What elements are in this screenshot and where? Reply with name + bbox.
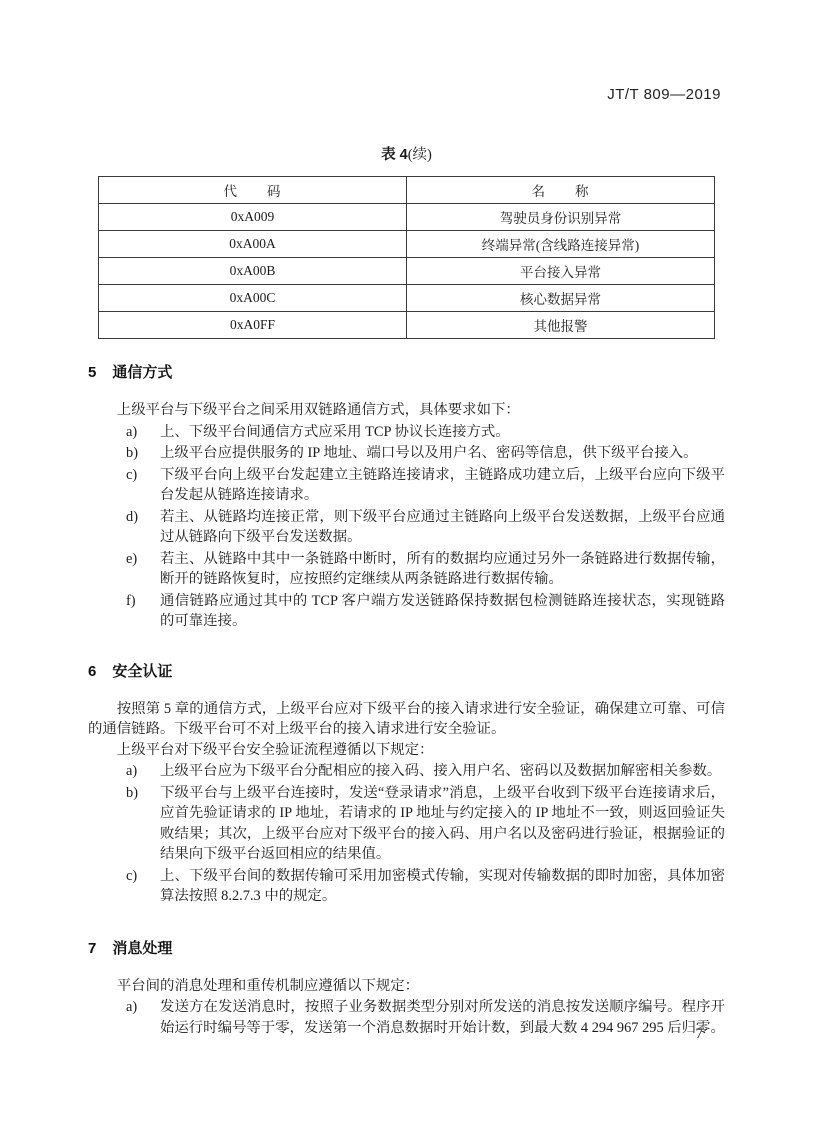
section-title: 安全认证 (112, 663, 172, 680)
table-caption-continued: (续) (408, 147, 432, 163)
name-cell: 其他报警 (407, 312, 715, 339)
item-label: a) (126, 761, 160, 782)
list-item: e) 若主、从链路中其中一条链路中断时，所有的数据均应通过另外一条链路进行数据传… (126, 549, 725, 590)
list-item: b) 下级平台与上级平台连接时，发送“登录请求”消息，上级平台收到下级平台连接请… (126, 783, 725, 865)
item-text: 下级平台与上级平台连接时，发送“登录请求”消息，上级平台收到下级平台连接请求后，… (160, 783, 725, 865)
document-page: JT/T 809—2019 表 4(续) 代 码 名 称 0xA009 驾驶员身… (0, 0, 815, 1144)
item-label: a) (126, 422, 160, 443)
code-cell: 0xA009 (99, 204, 407, 231)
column-header-name: 名 称 (407, 177, 715, 204)
item-label: a) (126, 997, 160, 1018)
item-text: 上、下级平台间通信方式应采用 TCP 协议长连接方式。 (160, 422, 725, 443)
list-item: c) 上、下级平台间的数据传输可采用加密模式传输，实现对传输数据的即时加密，具体… (126, 866, 725, 907)
table-row: 0xA00C 核心数据异常 (99, 285, 715, 312)
table-caption: 表 4(续) (88, 143, 725, 164)
section-6-paragraph-1: 按照第 5 章的通信方式，上级平台应对下级平台的接入请求进行安全验证，确保建立可… (88, 699, 725, 740)
column-header-code: 代 码 (99, 177, 407, 204)
item-text: 若主、从链路中其中一条链路中断时，所有的数据均应通过另外一条链路进行数据传输，断… (160, 549, 725, 590)
list-item: a) 上级平台应为下级平台分配相应的接入码、接入用户名、密码以及数据加解密相关参… (126, 761, 725, 782)
code-cell: 0xA00A (99, 231, 407, 258)
item-text: 下级平台向上级平台发起建立主链路连接请求，主链路成功建立后，上级平台应向下级平台… (160, 465, 725, 506)
item-text: 若主、从链路均连接正常，则下级平台应通过主链路向上级平台发送数据，上级平台应通过… (160, 507, 725, 548)
name-cell: 驾驶员身份识别异常 (407, 204, 715, 231)
list-item: c) 下级平台向上级平台发起建立主链路连接请求，主链路成功建立后，上级平台应向下… (126, 465, 725, 506)
alarm-code-table: 代 码 名 称 0xA009 驾驶员身份识别异常 0xA00A 终端异常(含线路… (98, 176, 715, 339)
item-text: 上、下级平台间的数据传输可采用加密模式传输，实现对传输数据的即时加密，具体加密算… (160, 866, 725, 907)
section-number: 5 (88, 364, 96, 381)
section-title: 通信方式 (112, 364, 172, 381)
name-cell: 终端异常(含线路连接异常) (407, 231, 715, 258)
item-label: b) (126, 783, 160, 804)
name-cell: 平台接入异常 (407, 258, 715, 285)
section-6-paragraph-2: 上级平台对下级平台安全验证流程遵循以下规定： (88, 740, 725, 761)
list-item: a) 发送方在发送消息时，按照子业务数据类型分别对所发送的消息按发送顺序编号。程… (126, 997, 725, 1038)
item-label: c) (126, 866, 160, 887)
code-cell: 0xA00B (99, 258, 407, 285)
name-cell: 核心数据异常 (407, 285, 715, 312)
item-text: 上级平台应为下级平台分配相应的接入码、接入用户名、密码以及数据加解密相关参数。 (160, 761, 725, 782)
page-number: 7 (696, 1026, 704, 1043)
section-5-list: a) 上、下级平台间通信方式应采用 TCP 协议长连接方式。 b) 上级平台应提… (88, 422, 725, 632)
code-cell: 0xA00C (99, 285, 407, 312)
table-row: 0xA0FF 其他报警 (99, 312, 715, 339)
list-item: a) 上、下级平台间通信方式应采用 TCP 协议长连接方式。 (126, 422, 725, 443)
item-label: f) (126, 591, 160, 612)
section-number: 7 (88, 940, 96, 957)
item-text: 通信链路应通过其中的 TCP 客户端方发送链路保持数据包检测链路连接状态，实现链… (160, 591, 725, 632)
item-label: c) (126, 465, 160, 486)
list-item: b) 上级平台应提供服务的 IP 地址、端口号以及用户名、密码等信息，供下级平台… (126, 443, 725, 464)
doc-number: JT/T 809—2019 (88, 86, 725, 103)
list-item: f) 通信链路应通过其中的 TCP 客户端方发送链路保持数据包检测链路连接状态，… (126, 591, 725, 632)
section-6-list: a) 上级平台应为下级平台分配相应的接入码、接入用户名、密码以及数据加解密相关参… (88, 761, 725, 907)
item-text: 发送方在发送消息时，按照子业务数据类型分别对所发送的消息按发送顺序编号。程序开始… (160, 997, 725, 1038)
table-header-row: 代 码 名 称 (99, 177, 715, 204)
section-7-intro: 平台间的消息处理和重传机制应遵循以下规定： (88, 976, 725, 997)
section-5-intro: 上级平台与下级平台之间采用双链路通信方式，具体要求如下： (88, 400, 725, 421)
section-7-list: a) 发送方在发送消息时，按照子业务数据类型分别对所发送的消息按发送顺序编号。程… (88, 997, 725, 1038)
item-text: 上级平台应提供服务的 IP 地址、端口号以及用户名、密码等信息，供下级平台接入。 (160, 443, 725, 464)
table-row: 0xA00B 平台接入异常 (99, 258, 715, 285)
table-row: 0xA009 驾驶员身份识别异常 (99, 204, 715, 231)
section-number: 6 (88, 663, 96, 680)
code-cell: 0xA0FF (99, 312, 407, 339)
section-7-heading: 7消息处理 (88, 937, 725, 958)
item-label: d) (126, 507, 160, 528)
table-row: 0xA00A 终端异常(含线路连接异常) (99, 231, 715, 258)
section-title: 消息处理 (112, 940, 172, 957)
list-item: d) 若主、从链路均连接正常，则下级平台应通过主链路向上级平台发送数据，上级平台… (126, 507, 725, 548)
table-caption-number: 表 4 (381, 147, 408, 163)
section-6-heading: 6安全认证 (88, 660, 725, 681)
item-label: e) (126, 549, 160, 570)
item-label: b) (126, 443, 160, 464)
section-5-heading: 5通信方式 (88, 361, 725, 382)
